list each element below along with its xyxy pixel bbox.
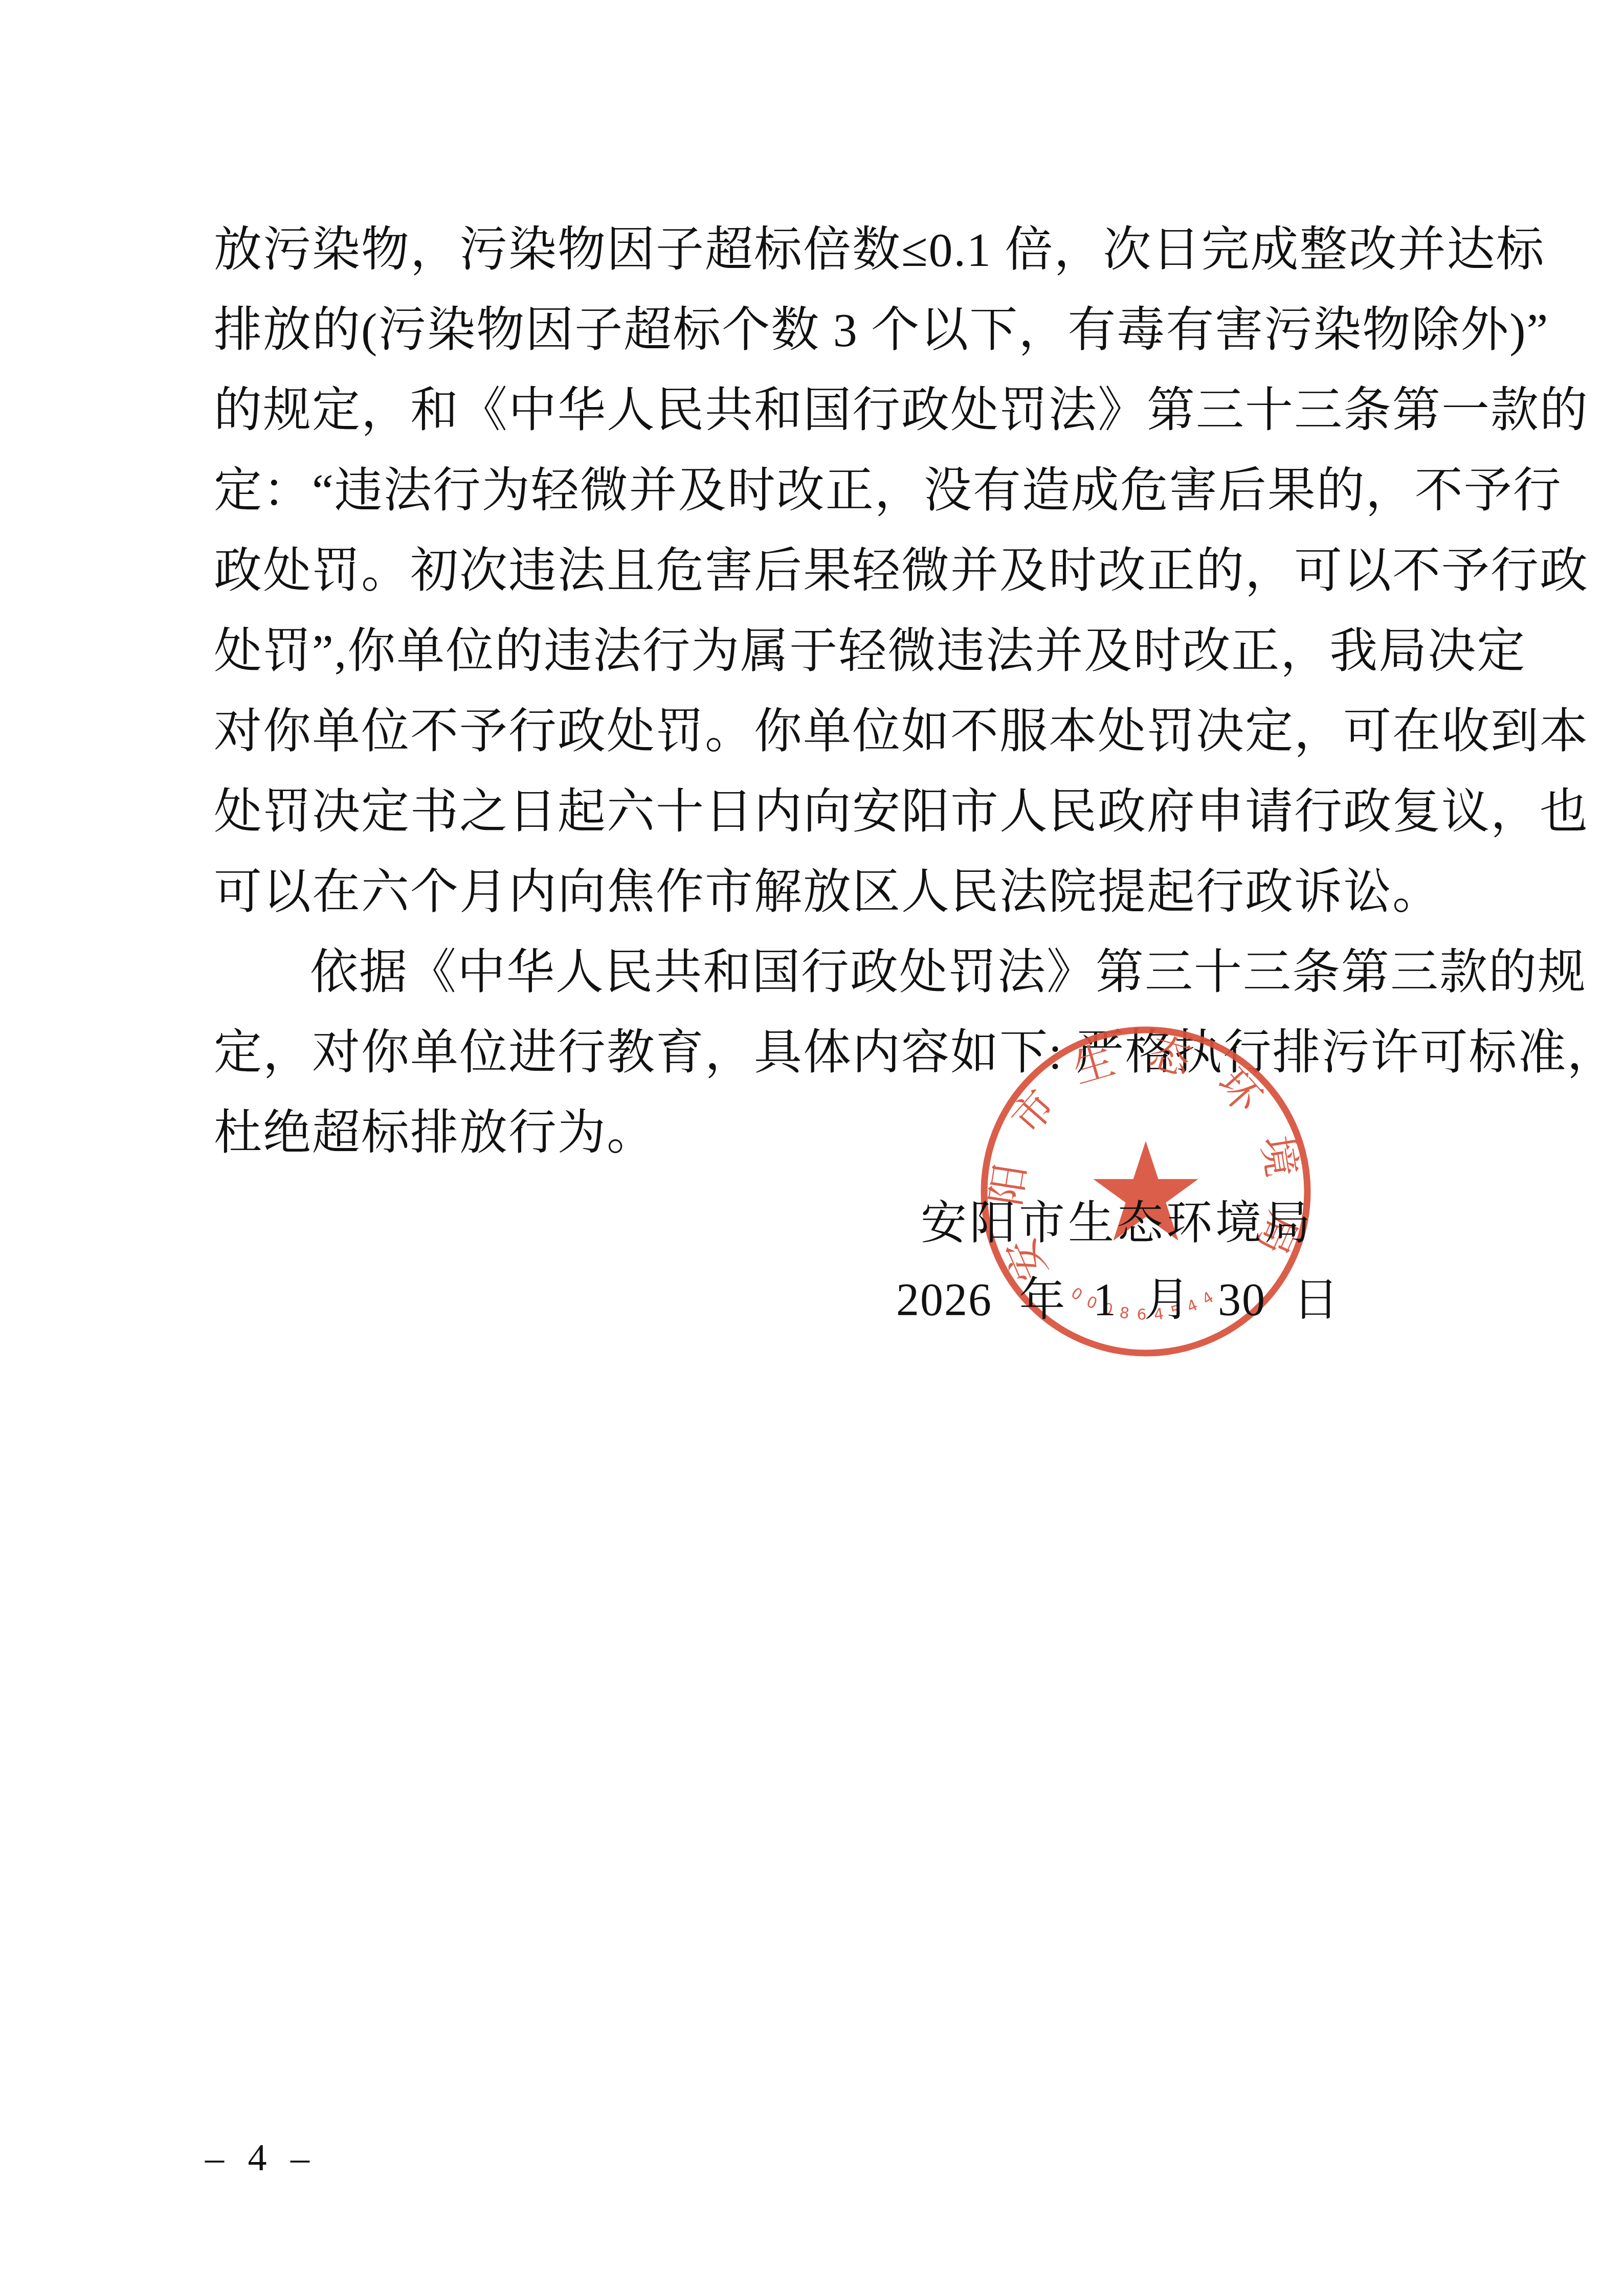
body-line: 可以在六个月内向焦作市解放区人民法院提起行政诉讼。 [214, 852, 1413, 933]
body-line: 的规定，和《中华人民共和国行政处罚法》第三十三条第一款的 [214, 371, 1413, 451]
issuing-authority-signature: 安阳市生态环境局 [921, 1185, 1314, 1252]
body-line: 依据《中华人民共和国行政处罚法》第三十三条第三款的规 [214, 933, 1413, 1013]
document-page: 放污染物，污染物因子超标倍数≤0.1 倍，次日完成整改并达标 排放的(污染物因子… [0, 0, 1624, 2296]
body-line: 放污染物，污染物因子超标倍数≤0.1 倍，次日完成整改并达标 [214, 210, 1413, 290]
page-number: – 4 – [194, 2136, 327, 2180]
issue-date: 2026 年 1 月 30 日 [896, 1262, 1340, 1329]
body-line: 政处罚。初次违法且危害后果轻微并及时改正的，可以不予行政 [214, 531, 1413, 612]
body-line: 处罚”,你单位的违法行为属于轻微违法并及时改正，我局决定 [214, 612, 1413, 692]
body-line: 定：“违法行为轻微并及时改正，没有造成危害后果的，不予行 [214, 451, 1413, 531]
body-line: 对你单位不予行政处罚。你单位如不服本处罚决定，可在收到本 [214, 692, 1413, 772]
body-line: 排放的(污染物因子超标个数 3 个以下，有毒有害污染物除外)” [214, 290, 1413, 371]
body-line: 处罚决定书之日起六十日内向安阳市人民政府申请行政复议，也 [214, 772, 1413, 852]
